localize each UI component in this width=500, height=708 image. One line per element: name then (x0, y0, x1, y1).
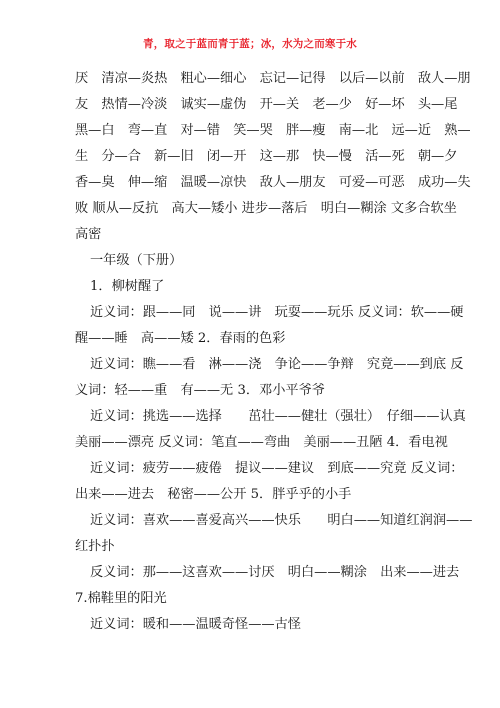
synonym-line: 近义词：暖和——温暖奇怪——古怪 (75, 612, 427, 638)
antonym-line: 美丽——漂亮 反义词：笔直——弯曲 美丽——丑陋 4．看电视 (75, 430, 427, 456)
section-heading: 一年级（下册） (75, 248, 427, 274)
vocab-line: 高密 (75, 222, 427, 248)
antonym-line: 义词：轻——重 有——无 3．邓小平爷爷 (75, 378, 427, 404)
vocab-line: 黑—白 弯—直 对—错 笑—哭 胖—瘦 南—北 远—近 熟— (75, 118, 427, 144)
synonym-line: 近义词：跟——同 说——讲 玩耍——玩乐 反义词：软——硬 (75, 300, 427, 326)
vocab-line: 生 分—合 新—旧 闭—开 这—那 快—慢 活—死 朝—夕 (75, 144, 427, 170)
synonym-line: 红扑扑 (75, 534, 427, 560)
lesson-title: 7.棉鞋里的阳光 (75, 586, 427, 612)
vocab-line: 香—臭 伸—缩 温暖—凉快 敌人—朋友 可爱—可恶 成功—失 (75, 170, 427, 196)
synonym-line: 近义词：疲劳——疲倦 提议——建议 到底——究竟 反义词： (75, 456, 427, 482)
lesson-title: 1．柳树醒了 (75, 274, 427, 300)
antonym-line: 出来——进去 秘密——公开 5．胖乎乎的小手 (75, 482, 427, 508)
document-body: 厌 清凉—炎热 粗心—细心 忘记—记得 以后—以前 敌人—朋 友 热情—冷淡 诚… (75, 66, 427, 638)
vocab-line: 败 顺从—反抗 高大—矮小 进步—落后 明白—糊涂 文多合软坐 (75, 196, 427, 222)
synonym-line: 近义词：挑选——选择 茁壮——健壮（强壮） 仔细——认真 (75, 404, 427, 430)
antonym-line: 醒——睡 高——矮 2．春雨的色彩 (75, 326, 427, 352)
vocab-line: 友 热情—冷淡 诚实—虚伪 开—关 老—少 好—坏 头—尾 (75, 92, 427, 118)
vocab-line: 厌 清凉—炎热 粗心—细心 忘记—记得 以后—以前 敌人—朋 (75, 66, 427, 92)
antonym-line: 反义词：那——这喜欢——讨厌 明白——糊涂 出来——进去 (75, 560, 427, 586)
synonym-line: 近义词：喜欢——喜爱高兴——快乐 明白——知道红润润—— (75, 508, 427, 534)
synonym-line: 近义词：瞧——看 淋——浇 争论——争辩 究竟——到底 反 (75, 352, 427, 378)
header-motto: 青，取之于蓝而青于蓝；冰，水为之而寒于水 (0, 36, 500, 51)
